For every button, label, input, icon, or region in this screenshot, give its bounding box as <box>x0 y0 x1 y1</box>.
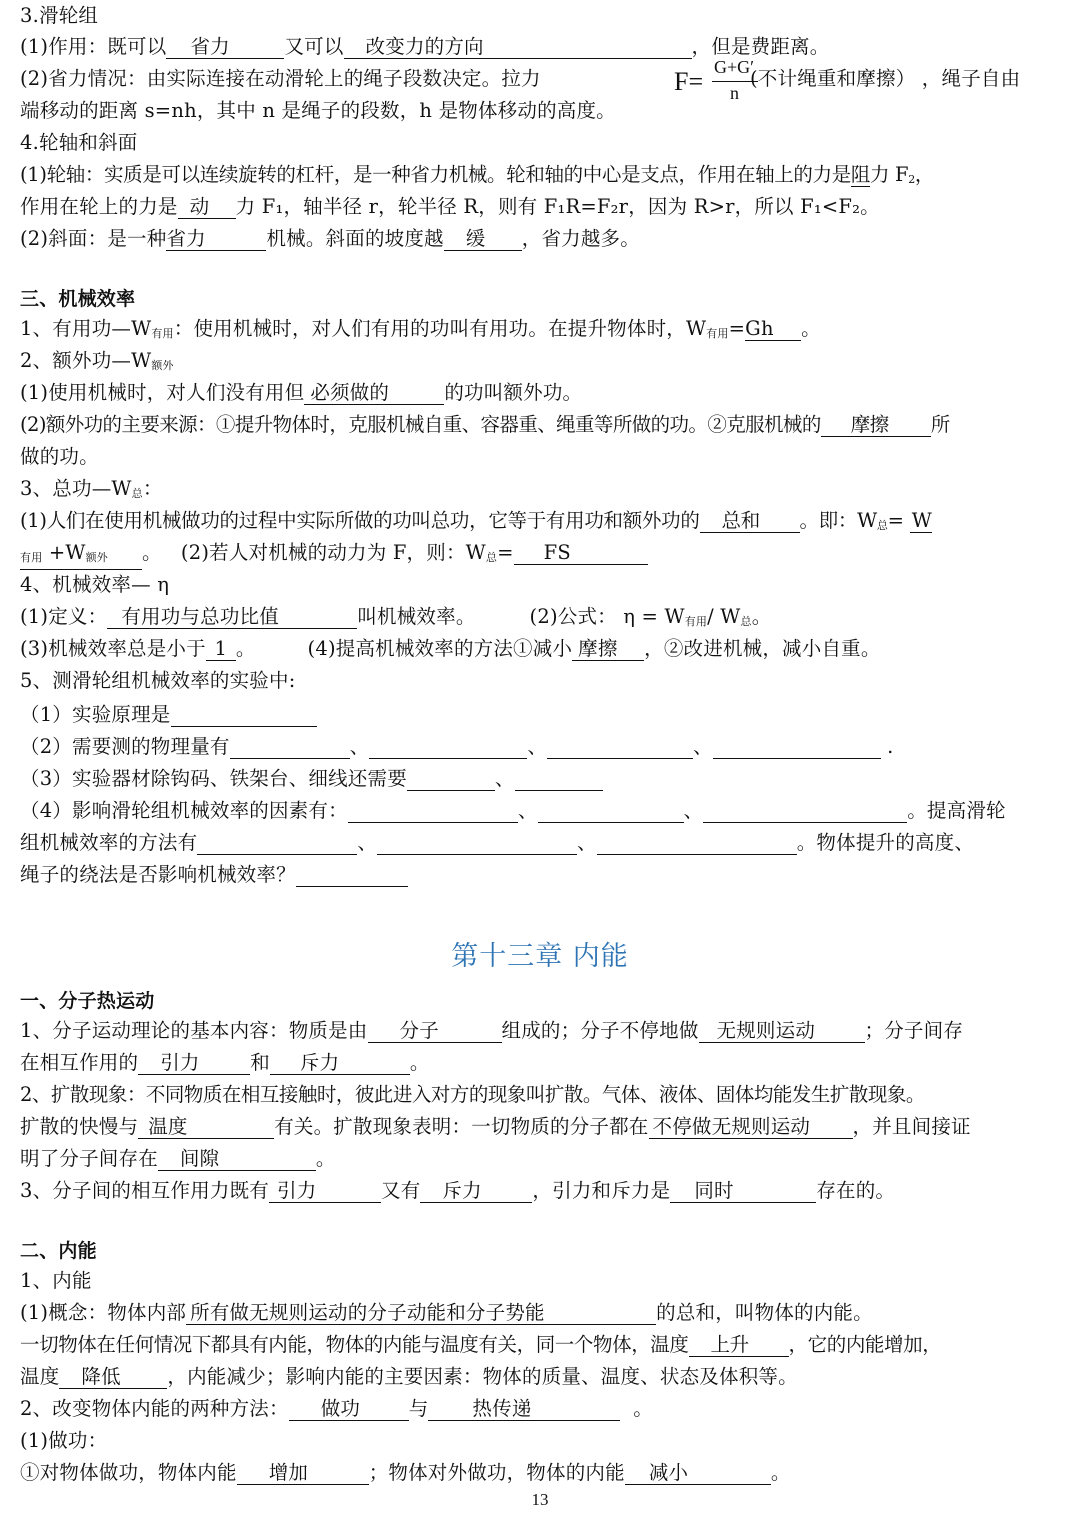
blank-answer: FS <box>514 542 648 565</box>
blank-answer: 摩擦 <box>821 414 931 437</box>
blank-answer-empty[interactable] <box>407 768 495 791</box>
blank-answer: 热传递 <box>428 1398 620 1421</box>
diffusion-line-2: 扩散的快慢与温度有关。扩散现象表明：一切物质的分子都在不停做无规则运动，并且间接… <box>20 1114 1058 1140</box>
blank-answer: 有用功与总功比值 <box>107 606 357 629</box>
internal-energy-temp-line-2: 温度降低，内能减少；影响内能的主要因素：物体的质量、温度、状态及体积等。 <box>20 1364 1058 1390</box>
blank-answer: 总和 <box>700 510 800 533</box>
eta-definition: (1)定义：有用功与总功比值叫机械效率。(2)公式： η = W有用/ W总。 <box>20 604 1058 635</box>
blank-answer: 所有做无规则运动的分子动能和分子势能 <box>186 1302 656 1325</box>
internal-energy-heading: 二、内能 <box>20 1238 1058 1264</box>
blank-answer: Gh <box>745 318 801 341</box>
work-subheading: (1)做功： <box>20 1428 1058 1454</box>
blank-answer: 无规则运动 <box>699 1020 865 1043</box>
extra-work-source: (2)额外功的主要来源：①提升物体时，克服机械自重、容器重、绳重等所做的功。②克… <box>20 412 1058 438</box>
diffusion-line-3: 明了分子间存在间隙。 <box>20 1146 1058 1172</box>
blank-answer: 缓 <box>444 228 522 251</box>
change-methods-line: 2、改变物体内能的两种方法：做功与热传递 。 <box>20 1396 1058 1422</box>
diffusion-line-1: 2、扩散现象：不同物质在相互接触时，彼此进入对方的现象叫扩散。气体、液体、固体均… <box>20 1082 1058 1108</box>
molecular-theory-line-1: 1、分子运动理论的基本内容：物质是由分子组成的；分子不停地做无规则运动；分子间存 <box>20 1018 1058 1044</box>
blank-answer: 同时 <box>670 1180 816 1203</box>
work-effect-line: ①对物体做功，物体内能增加；物体对外做功，物体的内能减小。 <box>20 1460 1058 1486</box>
pulley-function-line: (1)作用：既可以省力又可以改变力的方向，但是费距离。 <box>20 34 1058 60</box>
extra-work-source-cont: 做的功。 <box>20 444 1058 470</box>
molecular-heading: 一、分子热运动 <box>20 988 1058 1014</box>
blank-answer-empty[interactable] <box>348 800 518 823</box>
total-work-cont: 有用 +W额外。 (2)若人对机械的动力为 F，则：W总=FS <box>20 540 1058 571</box>
blank-answer: 斥力 <box>270 1052 410 1075</box>
efficiency-heading: 三、机械效率 <box>20 286 1058 312</box>
experiment-q3: （3）实验器材除钩码、铁架台、细线还需要 、 <box>20 766 1058 792</box>
internal-energy-temp-line-1: 一切物体在任何情况下都具有内能，物体的内能与温度有关，同一个物体，温度上升，它的… <box>20 1332 1058 1358</box>
experiment-q4: （4）影响滑轮组机械效率的因素有： 、 、 。提高滑轮 <box>20 798 1058 824</box>
blank-answer: 阻 <box>851 164 870 187</box>
extra-work-def: (1)使用机械时，对人们没有用但必须做的的功叫额外功。 <box>20 380 1058 406</box>
blank-answer-empty[interactable] <box>703 800 907 823</box>
blank-answer: 省力 <box>166 36 284 59</box>
blank-answer: 动 <box>178 196 236 219</box>
blank-answer-empty[interactable] <box>197 832 357 855</box>
wheel-axle-line-1: (1)轮轴：实质是可以连续旋转的杠杆，是一种省力机械。轮和轴的中心是支点，作用在… <box>20 162 1058 193</box>
blank-answer: 摩擦 <box>572 638 644 661</box>
experiment-q1: （1）实验原理是 <box>20 702 1058 728</box>
blank-answer-empty[interactable] <box>369 736 527 759</box>
total-work-title: 3、总功—W总： <box>20 476 1058 507</box>
blank-answer: 斥力 <box>420 1180 532 1203</box>
incline-line: (2)斜面：是一种省力机械。斜面的坡度越缓，省力越多。 <box>20 226 1058 252</box>
blank-answer: 分子 <box>368 1020 502 1043</box>
internal-energy-subheading: 1、内能 <box>20 1268 1058 1294</box>
internal-energy-concept: (1)概念：物体内部所有做无规则运动的分子动能和分子势能的总和，叫物体的内能。 <box>20 1300 1058 1326</box>
blank-answer: 省力 <box>166 228 266 251</box>
blank-answer: 有用 +W额外 <box>20 542 142 570</box>
pulley-force-note: (不计绳重和摩擦） ，绳子自由 <box>750 66 1058 92</box>
experiment-title: 5、测滑轮组机械效率的实验中: <box>20 668 1058 694</box>
page-number: 13 <box>0 1490 1080 1510</box>
blank-answer: 温度 <box>138 1116 274 1139</box>
blank-answer: 做功 <box>289 1398 409 1421</box>
experiment-q4-question: 绳子的绕法是否影响机械效率？ <box>20 862 1058 888</box>
blank-answer: 不停做无规则运动 <box>649 1116 853 1139</box>
blank-answer: 1 <box>206 638 236 661</box>
blank-answer-empty[interactable] <box>547 736 693 759</box>
blank-answer-empty[interactable] <box>515 768 603 791</box>
blank-answer-empty[interactable] <box>296 864 408 887</box>
blank-answer: 必须做的 <box>304 382 444 405</box>
blank-answer-empty[interactable] <box>230 736 350 759</box>
wheel-axle-line-2: 作用在轮上的力是动力 F₁，轴半径 r，轮半径 R，则有 F₁R=F₂r，因为 … <box>20 194 1058 220</box>
chapter-title: 第十三章 内能 <box>0 934 1080 973</box>
experiment-q2: （2）需要测的物理量有 、 、 、 . <box>20 734 1058 760</box>
eta-title: 4、机械效率— η <box>20 572 1058 598</box>
blank-answer: W <box>910 510 932 533</box>
blank-answer: 上升 <box>689 1334 789 1357</box>
blank-answer: 增加 <box>237 1462 369 1485</box>
total-work-def: (1)人们在使用机械做功的过程中实际所做的功叫总功，它等于有用功和额外功的总和。… <box>20 508 1058 539</box>
blank-answer-empty[interactable] <box>171 704 317 727</box>
pulley-distance-line: 端移动的距离 s=nh，其中 n 是绳子的段数，h 是物体移动的高度。 <box>20 98 1058 124</box>
blank-answer: 改变力的方向 <box>344 36 692 59</box>
molecular-force-line: 3、分子间的相互作用力既有引力又有斥力，引力和斥力是同时存在的。 <box>20 1178 1058 1204</box>
blank-answer-empty[interactable] <box>713 736 881 759</box>
blank-answer-empty[interactable] <box>538 800 684 823</box>
blank-answer-empty[interactable] <box>377 832 577 855</box>
useful-work-line: 1、有用功—W有用：使用机械时，对人们有用的功叫有用功。在提升物体时，W有用=G… <box>20 316 1058 347</box>
blank-answer: 引力 <box>138 1052 250 1075</box>
blank-answer: 降低 <box>59 1366 167 1389</box>
pulley-block-heading: 3.滑轮组 <box>20 3 1058 29</box>
blank-answer: 间隙 <box>158 1148 316 1171</box>
blank-answer: 引力 <box>269 1180 381 1203</box>
eta-properties: (3)机械效率总是小于1。(4)提高机械效率的方法①减小摩擦，②改进机械，减小自… <box>20 636 1058 662</box>
experiment-q4-cont: 组机械效率的方法有 、 、 。物体提升的高度、 <box>20 830 1058 856</box>
molecular-theory-line-2: 在相互作用的引力和斥力。 <box>20 1050 1058 1076</box>
wheel-axle-heading: 4.轮轴和斜面 <box>20 130 1058 156</box>
extra-work-title: 2、额外功—W额外 <box>20 348 1058 379</box>
blank-answer-empty[interactable] <box>597 832 797 855</box>
blank-answer: 减小 <box>625 1462 771 1485</box>
